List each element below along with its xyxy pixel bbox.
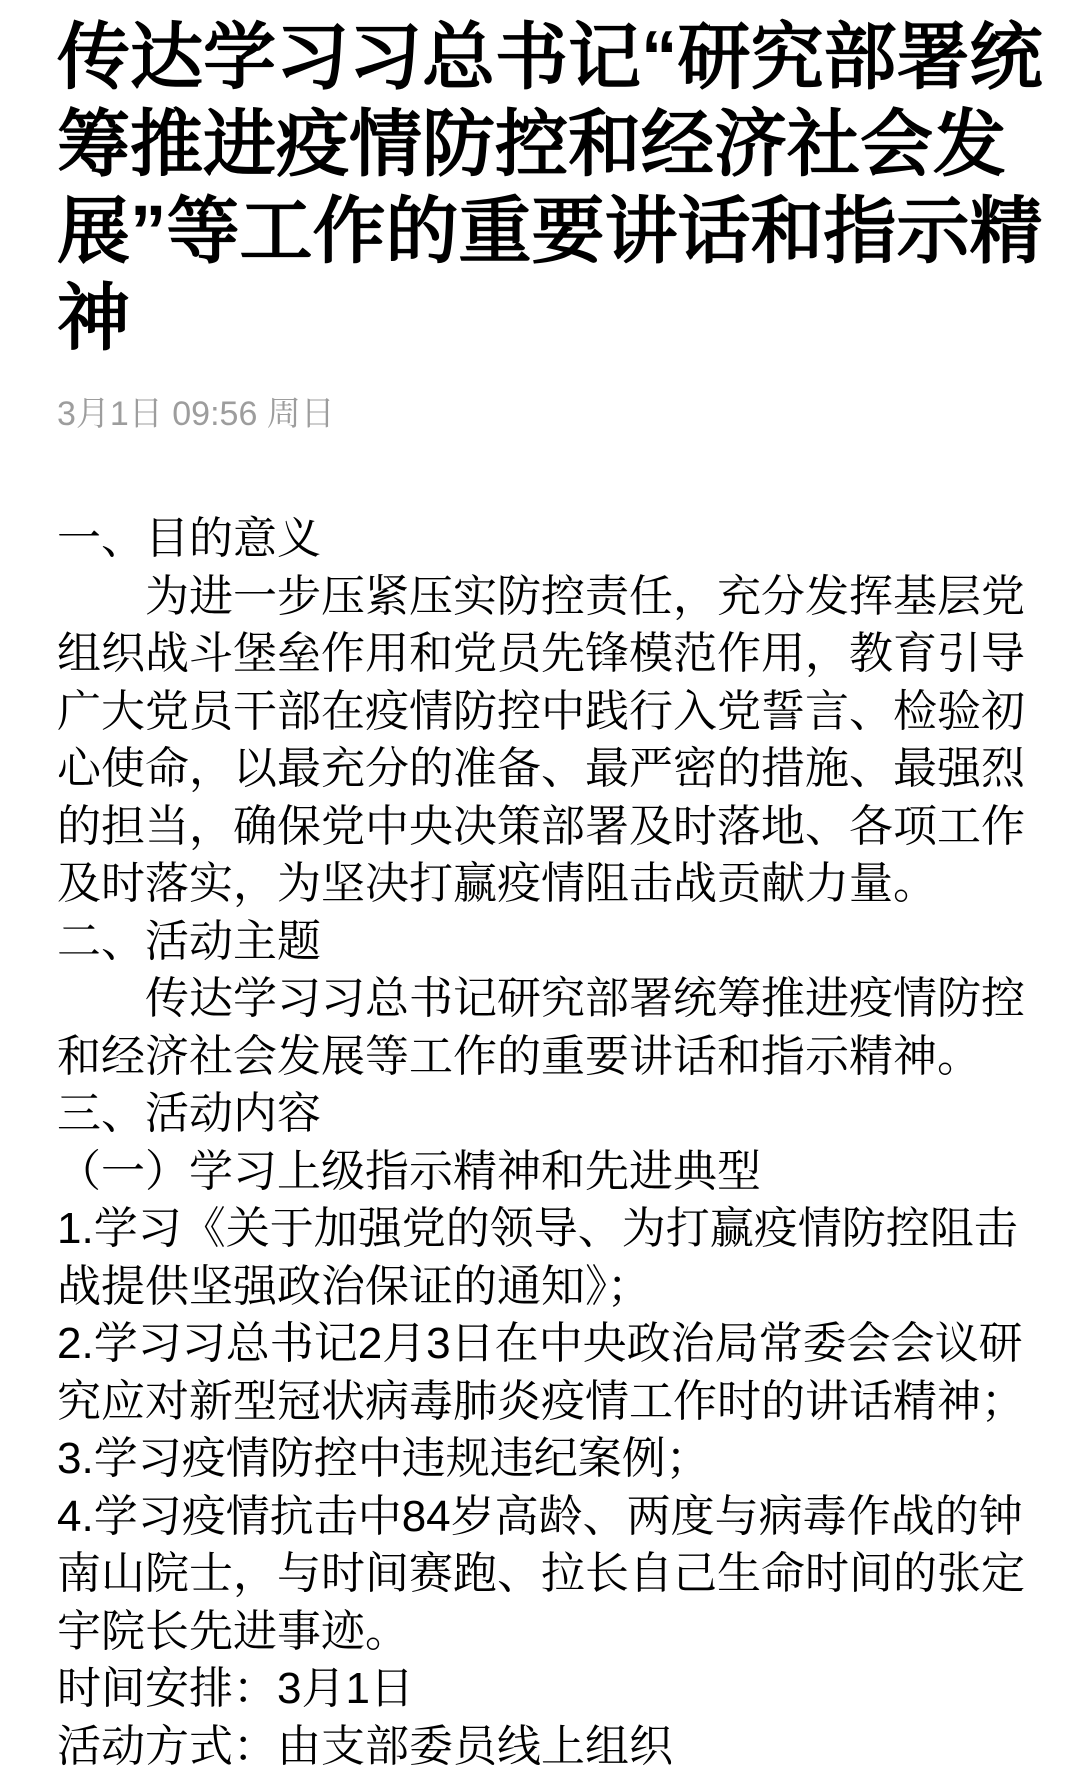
- note-paragraph[interactable]: 二、活动主题: [57, 913, 1047, 971]
- note-paragraph[interactable]: 活动方式：由支部委员线上组织: [57, 1718, 1047, 1776]
- note-body[interactable]: 一、目的意义为进一步压紧压实防控责任，充分发挥基层党组织战斗堡垒作用和党员先锋模…: [57, 510, 1047, 1775]
- note-view: 传达学习习总书记“研究部署统筹推进疫情防控和经济社会发展”等工作的重要讲话和指示…: [0, 0, 1079, 1775]
- note-paragraph[interactable]: 1.学习《关于加强党的领导、为打赢疫情防控阻击战提供坚强政治保证的通知》；: [57, 1200, 1047, 1315]
- note-paragraph[interactable]: 传达学习习总书记研究部署统筹推进疫情防控和经济社会发展等工作的重要讲话和指示精神…: [57, 970, 1047, 1085]
- note-paragraph[interactable]: 为进一步压紧压实防控责任，充分发挥基层党组织战斗堡垒作用和党员先锋模范作用，教育…: [57, 568, 1047, 913]
- note-paragraph[interactable]: 4.学习疫情抗击中84岁高龄、两度与病毒作战的钟南山院士，与时间赛跑、拉长自己生…: [57, 1488, 1047, 1661]
- note-meta-date: 3月1日 09:56 周日: [57, 392, 1047, 436]
- note-paragraph[interactable]: 三、活动内容: [57, 1085, 1047, 1143]
- note-paragraph[interactable]: （一）学习上级指示精神和先进典型: [57, 1143, 1047, 1201]
- note-paragraph[interactable]: 3.学习疫情防控中违规违纪案例；: [57, 1430, 1047, 1488]
- note-paragraph[interactable]: 一、目的意义: [57, 510, 1047, 568]
- note-paragraph[interactable]: 2.学习习总书记2月3日在中央政治局常委会会议研究应对新型冠状病毒肺炎疫情工作时…: [57, 1315, 1047, 1430]
- note-title[interactable]: 传达学习习总书记“研究部署统筹推进疫情防控和经济社会发展”等工作的重要讲话和指示…: [57, 14, 1047, 362]
- note-paragraph[interactable]: 时间安排：3月1日: [57, 1660, 1047, 1718]
